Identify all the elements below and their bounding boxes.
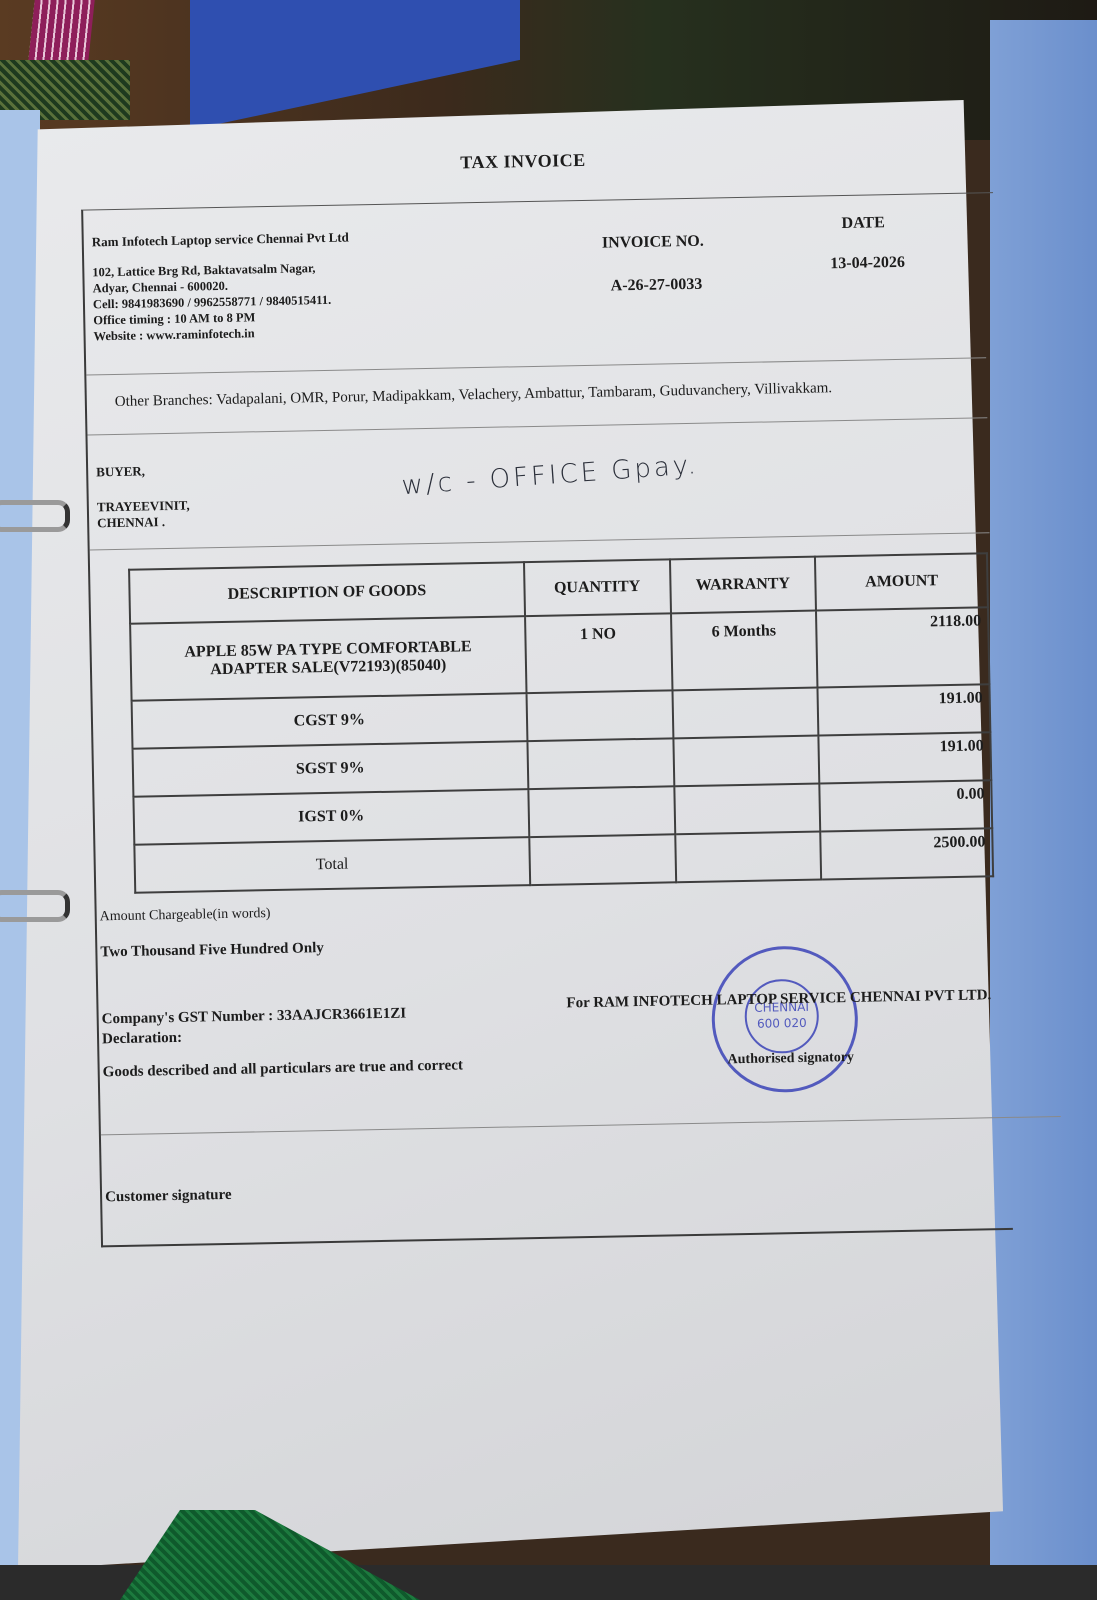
item-quantity: 1 NO bbox=[525, 613, 672, 693]
total-label: Total bbox=[134, 837, 530, 893]
sgst-quantity bbox=[527, 738, 674, 789]
sgst-label: SGST 9% bbox=[133, 741, 529, 797]
cgst-label: CGST 9% bbox=[132, 693, 528, 749]
buyer-name-line2: CHENNAI . bbox=[97, 514, 190, 532]
item-amount: 2118.00 bbox=[816, 607, 989, 687]
buyer-name-line1: TRAYEEVINIT, bbox=[97, 498, 190, 516]
igst-warranty bbox=[674, 784, 821, 835]
tax-invoice-document: TAX INVOICE Ram Infotech Laptop service … bbox=[60, 132, 1021, 1250]
item-description: APPLE 85W PA TYPE COMFORTABLE ADAPTER SA… bbox=[130, 616, 526, 701]
igst-amount: 0.00 bbox=[820, 780, 992, 831]
cgst-amount: 191.00 bbox=[818, 684, 990, 735]
igst-label: IGST 0% bbox=[133, 789, 529, 845]
cgst-quantity bbox=[526, 690, 673, 741]
total-warranty bbox=[675, 832, 822, 883]
seller-details: Ram Infotech Laptop service Chennai Pvt … bbox=[92, 229, 351, 344]
invoice-date: 13-04-2026 bbox=[830, 254, 905, 273]
authorised-signatory: Authorised signatory bbox=[727, 1050, 854, 1068]
header-quantity: QUANTITY bbox=[524, 559, 671, 616]
document-title: TAX INVOICE bbox=[460, 150, 586, 173]
sgst-amount: 191.00 bbox=[819, 732, 991, 783]
igst-quantity bbox=[528, 786, 675, 837]
items-table: DESCRIPTION OF GOODS QUANTITY WARRANTY A… bbox=[128, 552, 994, 893]
buyer-name: TRAYEEVINIT, CHENNAI . bbox=[97, 498, 190, 532]
amount-words-label: Amount Chargeable(in words) bbox=[100, 906, 271, 925]
binder-ring-bottom bbox=[0, 890, 70, 922]
sgst-warranty bbox=[673, 736, 820, 787]
binder-ring-top bbox=[0, 500, 70, 532]
cgst-warranty bbox=[672, 688, 819, 739]
date-label: DATE bbox=[841, 214, 885, 233]
item-warranty: 6 Months bbox=[671, 611, 818, 691]
header-warranty: WARRANTY bbox=[670, 557, 817, 614]
header-description: DESCRIPTION OF GOODS bbox=[129, 562, 525, 624]
total-amount: 2500.00 bbox=[821, 828, 993, 879]
buyer-label: BUYER, bbox=[96, 463, 145, 480]
invoice-number-label: INVOICE NO. bbox=[602, 233, 704, 253]
total-quantity bbox=[529, 834, 676, 885]
gst-block: Company's GST Number : 33AAJCR3661E1ZI D… bbox=[102, 1004, 407, 1050]
invoice-number: A-26-27-0033 bbox=[611, 276, 703, 296]
customer-signature: Customer signature bbox=[105, 1187, 232, 1206]
header-amount: AMOUNT bbox=[815, 553, 988, 610]
stamp-pincode: 600 020 bbox=[747, 1015, 817, 1032]
